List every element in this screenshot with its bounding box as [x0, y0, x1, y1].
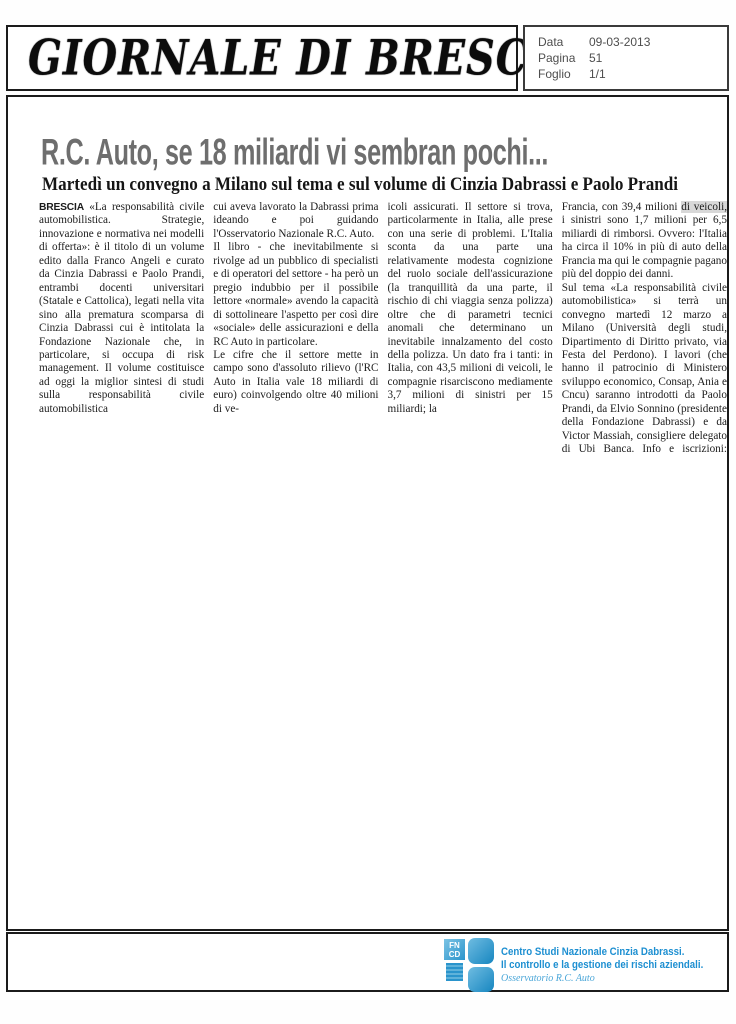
meta-label-data: Data [538, 34, 589, 50]
paragraph: Sul tema «La responsabilità civile autom… [562, 282, 727, 453]
newspaper-masthead: GIORNALE DI BRESCIA [28, 30, 580, 87]
fncd-rounded-square-bottom [468, 967, 494, 992]
fncd-letters-bottom: CD [449, 950, 461, 959]
meta-value-pagina: 51 [589, 50, 602, 66]
paragraph-text: i sinistri sono 1,7 milioni per 6,5 mili… [562, 214, 727, 280]
meta-value-foglio: 1/1 [589, 66, 606, 82]
paragraph: cui aveva lavorato la Dabrassi prima ide… [213, 201, 378, 241]
dateline-lead: BRESCIA [39, 202, 84, 213]
meta-row-data: Data 09-03-2013 [538, 34, 727, 50]
fncd-small-square [446, 963, 463, 981]
fncd-letters-square: FN CD [444, 939, 465, 960]
article-title: R.C. Auto, se 18 miliardi vi sembran poc… [41, 130, 503, 174]
paragraph: Francia, con 39,4 milioni di veicoli, i … [562, 201, 727, 282]
highlighted-text: di veicoli, [681, 201, 727, 213]
paragraph-text: Francia, con 39,4 milioni [562, 201, 682, 213]
footer-org-line-1: Centro Studi Nazionale Cinzia Dabrassi. [501, 946, 703, 959]
paragraph: icoli assicurati. Il settore si trova, p… [388, 201, 553, 416]
footer-box: FN CD Centro Studi Nazionale Cinzia Dabr… [6, 932, 729, 992]
meta-label-pagina: Pagina [538, 50, 589, 66]
newspaper-clipping-page: GIORNALE DI BRESCIA Data 09-03-2013 Pagi… [0, 0, 736, 1024]
article-column-1: BRESCIA «La responsabilità civile automo… [39, 201, 204, 453]
clipping-meta-box: Data 09-03-2013 Pagina 51 Foglio 1/1 [523, 25, 729, 91]
meta-row-pagina: Pagina 51 [538, 50, 727, 66]
footer-text-block: Centro Studi Nazionale Cinzia Dabrassi. … [501, 938, 731, 990]
meta-row-foglio: Foglio 1/1 [538, 66, 727, 82]
footer-content: FN CD Centro Studi Nazionale Cinzia Dabr… [442, 938, 731, 990]
meta-label-foglio: Foglio [538, 66, 589, 82]
masthead-box: GIORNALE DI BRESCIA [6, 25, 518, 91]
fncd-rounded-square-top [468, 938, 494, 964]
article-column-3: icoli assicurati. Il settore si trova, p… [388, 201, 553, 453]
article-column-4: Francia, con 39,4 milioni di veicoli, i … [562, 201, 727, 453]
fncd-logo-icon: FN CD [442, 938, 494, 990]
article-box: R.C. Auto, se 18 miliardi vi sembran poc… [6, 95, 729, 931]
footer-org-line-2: Il controllo e la gestione dei rischi az… [501, 959, 703, 972]
footer-org-line-3: Osservatorio R.C. Auto [501, 972, 731, 985]
article-columns: BRESCIA «La responsabilità civile automo… [39, 201, 727, 453]
meta-value-data: 09-03-2013 [589, 34, 650, 50]
article-subtitle: Martedì un convegno a Milano sul tema e … [42, 174, 672, 196]
fncd-letters-top: FN [449, 941, 460, 950]
paragraph: Le cifre che il settore mette in campo s… [213, 349, 378, 416]
paragraph: BRESCIA «La responsabilità civile automo… [39, 201, 204, 416]
paragraph-text: «La responsabilità civile automobilistic… [39, 201, 204, 415]
article-column-2: cui aveva lavorato la Dabrassi prima ide… [213, 201, 378, 453]
paragraph: Il libro - che inevitabilmente si rivolg… [213, 241, 378, 349]
